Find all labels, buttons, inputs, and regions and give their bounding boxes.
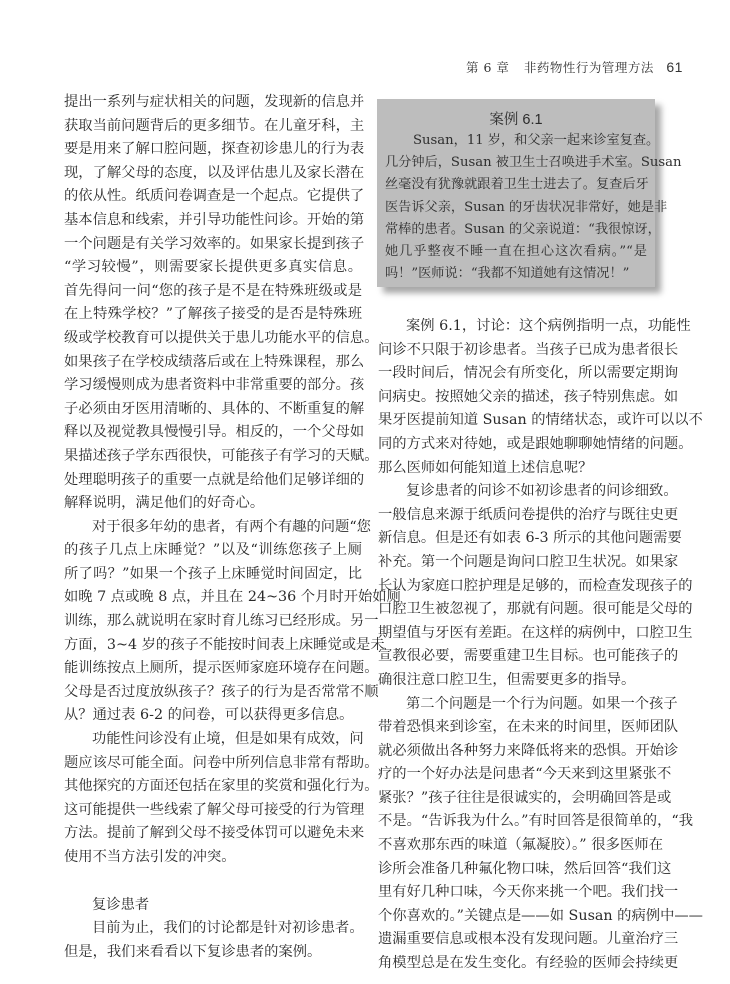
text-line: 要是用来了解口腔问题，探查初诊患儿的行为表: [64, 138, 362, 162]
text-line: 但是，我们来看看以下复诊患者的案例。: [64, 941, 362, 965]
text-line: 从？通过表 6-2 的问卷，可以获得更多信息。: [64, 704, 362, 728]
text-line: 一个问题是有关学习效率的。如果家长提到孩子: [64, 233, 362, 257]
case-body: Susan，11 岁，和父亲一起来诊室复查。 几分钟后，Susan 被卫生士召唤…: [377, 130, 655, 285]
text-line: 问病史。按照她父亲的描述，孩子特别焦虑。如: [378, 386, 663, 410]
text-line: 几分钟后，Susan 被卫生士召唤进手术室。Susan: [385, 152, 647, 174]
text-line: 补充。第一个问题是询问口腔卫生状况。如果家: [378, 551, 663, 575]
case-study-box: 案例 6.1 Susan，11 岁，和父亲一起来诊室复查。 几分钟后，Susan…: [377, 99, 655, 287]
text-line: “学习较慢”，则需要家长提供更多真实信息。: [64, 256, 362, 280]
text-line: 不是。“告诉我为什么。”有时回答是很简单的，“我: [378, 810, 663, 834]
text-line: 一般信息来源于纸质问卷提供的治疗与既往史更: [378, 504, 663, 528]
text-line: 就必须做出各种努力来降低将来的恐惧。开始诊: [378, 740, 663, 764]
text-line: 如晚 7 点或晚 8 点，并且在 24~36 个月时开始如厕: [64, 586, 362, 610]
text-line: 同的方式来对待她，或是跟她聊聊她情绪的问题。: [378, 433, 663, 457]
text-line: 使用不当方法引发的冲突。: [64, 846, 362, 870]
text-line: 宣教很必要，需要重建卫生目标。也可能孩子的: [378, 645, 663, 669]
text-line: 子必须由牙医用清晰的、具体的、不断重复的解: [64, 398, 362, 422]
text-line: 一段时间后，情况会有所变化，所以需要定期询: [378, 362, 663, 386]
text-line: 能训练按点上厕所，提示医师家庭环境存在问题。: [64, 657, 362, 681]
case-title: 案例 6.1: [377, 108, 655, 130]
paragraph-start: 复诊患者的问诊不如初诊患者的问诊细致。: [378, 480, 663, 504]
text-line: 处理聪明孩子的重要一点就是给他们足够详细的: [64, 469, 362, 493]
text-line: 其他探究的方面还包括在家里的奖赏和强化行为。: [64, 775, 362, 799]
text-line: 不喜欢那东西的味道（氟凝胶）。” 很多医师在: [378, 834, 663, 858]
chapter-number: 第 6 章: [466, 60, 509, 75]
text-line: 释以及视觉教具慢慢引导。相反的，一个父母如: [64, 421, 362, 445]
text-line: 获取当前问题背后的更多细节。在儿童牙科，主: [64, 115, 362, 139]
text-line: 诊所会准备几种氟化物口味，然后回答“我们这: [378, 858, 663, 882]
text-line: 首先得问一问“您的孩子是不是在特殊班级或是: [64, 280, 362, 304]
text-line: 学习缓慢则成为患者资料中非常重要的部分。孩: [64, 374, 362, 398]
right-column: 案例 6.1，讨论：这个病例指明一点，功能性 问诊不只限于初诊患者。当孩子已成为…: [378, 315, 663, 976]
text-line: 吗！”医师说：“我都不知道她有这情况！”: [385, 263, 647, 285]
text-line: 丝毫没有犹豫就跟着卫生士进去了。复查后牙: [385, 174, 647, 196]
text-line: 紧张？”孩子往往是很诚实的，会明确回答是或: [378, 787, 663, 811]
text-line: 题应该尽可能全面。问卷中所列信息非常有帮助。: [64, 752, 362, 776]
text-line: 个你喜欢的。”关键点是——如 Susan 的病例中——: [378, 905, 663, 929]
text-line: 她几乎整夜不睡一直在担心这次看病。”“是: [385, 241, 647, 263]
text-line: 果牙医提前知道 Susan 的情绪状态，或许可以以不: [378, 409, 663, 433]
text-line: 方面，3~4 岁的孩子不能按时间表上床睡觉或是未: [64, 634, 362, 658]
text-line: 果描述孩子学东西很快，可能孩子有学习的天赋。: [64, 445, 362, 469]
text-line: 这可能提供一些线索了解父母可接受的行为管理: [64, 799, 362, 823]
text-line: 所了吗？”如果一个孩子上床睡觉时间固定，比: [64, 563, 362, 587]
text-line: 如果孩子在学校成绩落后或在上特殊课程，那么: [64, 351, 362, 375]
text-line: 带着恐惧来到诊室，在未来的时间里，医师团队: [378, 716, 663, 740]
text-line: 的孩子几点上床睡觉？”以及“训练您孩子上厕: [64, 539, 362, 563]
text-line: Susan，11 岁，和父亲一起来诊室复查。: [385, 130, 647, 152]
left-column: 提出一系列与症状相关的问题，发现新的信息并 获取当前问题背后的更多细节。在儿童牙…: [64, 91, 362, 964]
text-line: 问诊不只限于初诊患者。当孩子已成为患者很长: [378, 339, 663, 363]
text-line: 新信息。但是还有如表 6-3 所示的其他问题需要: [378, 527, 663, 551]
section-subheading: 复诊患者: [64, 894, 362, 918]
text-line: 解释说明，满足他们的好奇心。: [64, 492, 362, 516]
paragraph-start: 功能性问诊没有止境，但是如果有成效，问: [64, 728, 362, 752]
text-line: 提出一系列与症状相关的问题，发现新的信息并: [64, 91, 362, 115]
text-line: 疗的一个好办法是问患者“今天来到这里紧张不: [378, 763, 663, 787]
text-line: 方法。提前了解到父母不接受体罚可以避免未来: [64, 822, 362, 846]
text-line: 里有好几种口味，今天你来挑一个吧。我们找一: [378, 881, 663, 905]
text-line: 的依从性。纸质问卷调查是一个起点。它提供了: [64, 185, 362, 209]
text-line: 口腔卫生被忽视了，那就有问题。很可能是父母的: [378, 598, 663, 622]
text-line: 在上特殊学校？”了解孩子接受的是否是特殊班: [64, 303, 362, 327]
chapter-title: 非药物性行为管理方法: [524, 60, 654, 75]
page-number: 61: [666, 59, 683, 75]
text-line: 训练，那么就说明在家时育儿练习已经形成。另一: [64, 610, 362, 634]
text-line: 医告诉父亲，Susan 的牙齿状况非常好，她是非: [385, 197, 647, 219]
paragraph-start: 第二个问题是一个行为问题。如果一个孩子: [378, 693, 663, 717]
text-line: 确很注意口腔卫生，但需要更多的指导。: [378, 669, 663, 693]
paragraph-start: 对于很多年幼的患者，有两个有趣的问题“您: [64, 516, 362, 540]
text-line: 常棒的患者。Susan 的父亲说道：“我很惊讶，: [385, 219, 647, 241]
text-line: 父母是否过度放纵孩子？孩子的行为是否常常不顺: [64, 681, 362, 705]
text-line: 现，了解父母的态度，以及评估患儿及家长潜在: [64, 162, 362, 186]
text-line: 角模型总是在发生变化。有经验的医师会持续更: [378, 952, 663, 976]
text-line: 那么医师如何能知道上述信息呢？: [378, 457, 663, 481]
paragraph-start: 案例 6.1，讨论：这个病例指明一点，功能性: [378, 315, 663, 339]
text-line: 级或学校教育可以提供关于患儿功能水平的信息。: [64, 327, 362, 351]
text-line: 期望值与牙医有差距。在这样的病例中，口腔卫生: [378, 622, 663, 646]
text-line: 遗漏重要信息或根本没有发现问题。儿童治疗三: [378, 928, 663, 952]
paragraph-start: 目前为止，我们的讨论都是针对初诊患者。: [64, 917, 362, 941]
text-line: 长认为家庭口腔护理是足够的，而检查发现孩子的: [378, 575, 663, 599]
running-header: 第 6 章 非药物性行为管理方法 61: [466, 58, 683, 76]
text-line: 基本信息和线索，并引导功能性问诊。开始的第: [64, 209, 362, 233]
